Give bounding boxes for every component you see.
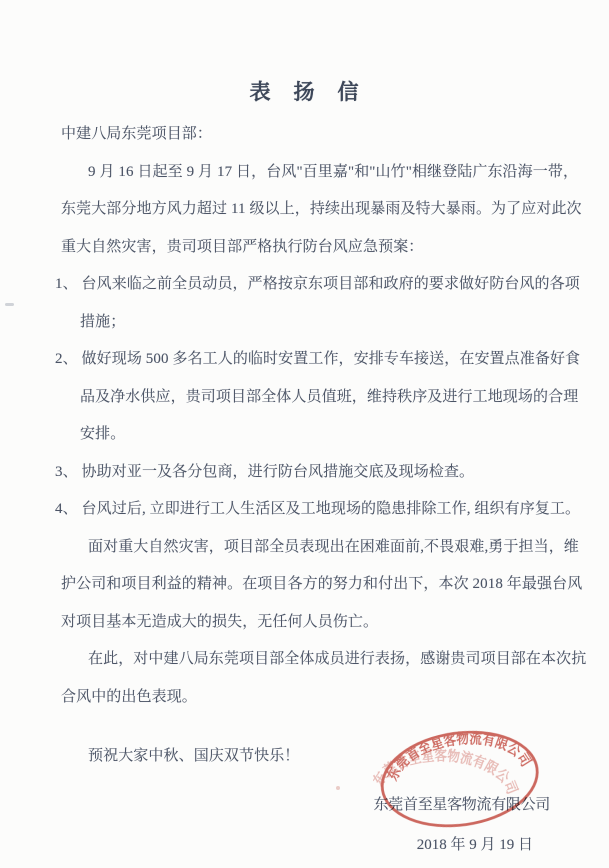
seal-main-impression: 东莞首至星客物流有限公司 <box>376 720 544 836</box>
letter-line: 护公司和项目利益的精神。在项目各方的努力和付出下，本次 2018 年最强台风 <box>61 566 581 604</box>
letter-line: 面对重大自然灾害，项目部全员表现出在困难面前,不畏艰难,勇于担当，维 <box>61 529 581 567</box>
letter-line: 9 月 16 日起至 9 月 17 日，台风"百里嘉"和"山竹"相继登陆广东沿海… <box>61 154 581 192</box>
letter-line: 措施； <box>61 304 581 342</box>
scan-noise-mark <box>336 786 340 790</box>
letter-title: 表 扬 信 <box>0 0 609 106</box>
scan-noise-mark <box>5 303 14 306</box>
letter-body: 中建八局东莞项目部： 9 月 16 日起至 9 月 17 日，台风"百里嘉"和"… <box>0 116 581 776</box>
letter-line: 品及净水供应，贵司项目部全体人员值班，维持秩序及进行工地现场的合理 <box>61 379 581 417</box>
letter-line: 在此，对中建八局东莞项目部全体成员进行表扬，感谢贵司项目部在本次抗 <box>61 641 581 679</box>
letter-line: 对项目基本无造成大的损失，无任何人员伤亡。 <box>61 604 581 642</box>
salutation: 中建八局东莞项目部： <box>61 116 581 154</box>
signature-date: 2018 年 9 月 19 日 <box>0 832 609 858</box>
letter-line: 东莞大部分地方风力超过 11 级以上，持续出现暴雨及特大暴雨。为了应对此次 <box>61 191 581 229</box>
scanned-letter-page: 表 扬 信 中建八局东莞项目部： 9 月 16 日起至 9 月 17 日，台风"… <box>0 0 609 868</box>
list-item-4: 4、 台风过后, 立即进行工人生活区及工地现场的隐患排除工作, 组织有序复工。 <box>55 491 581 529</box>
letter-line: 安排。 <box>61 416 581 454</box>
list-item-1: 1、 台风来临之前全员动员，严格按京东项目部和政府的要求做好防台风的各项 <box>55 266 581 304</box>
letter-line: 重大自然灾害，贵司项目部严格执行防台风应急预案： <box>61 229 581 267</box>
list-item-3: 3、 协助对亚一及各分包商，进行防台风措施交底及现场检查。 <box>55 454 581 492</box>
letter-line: 合风中的出色表现。 <box>61 679 581 717</box>
list-item-2: 2、 做好现场 500 多名工人的临时安置工作，安排专车接送，在安置点准备好食 <box>55 341 581 379</box>
